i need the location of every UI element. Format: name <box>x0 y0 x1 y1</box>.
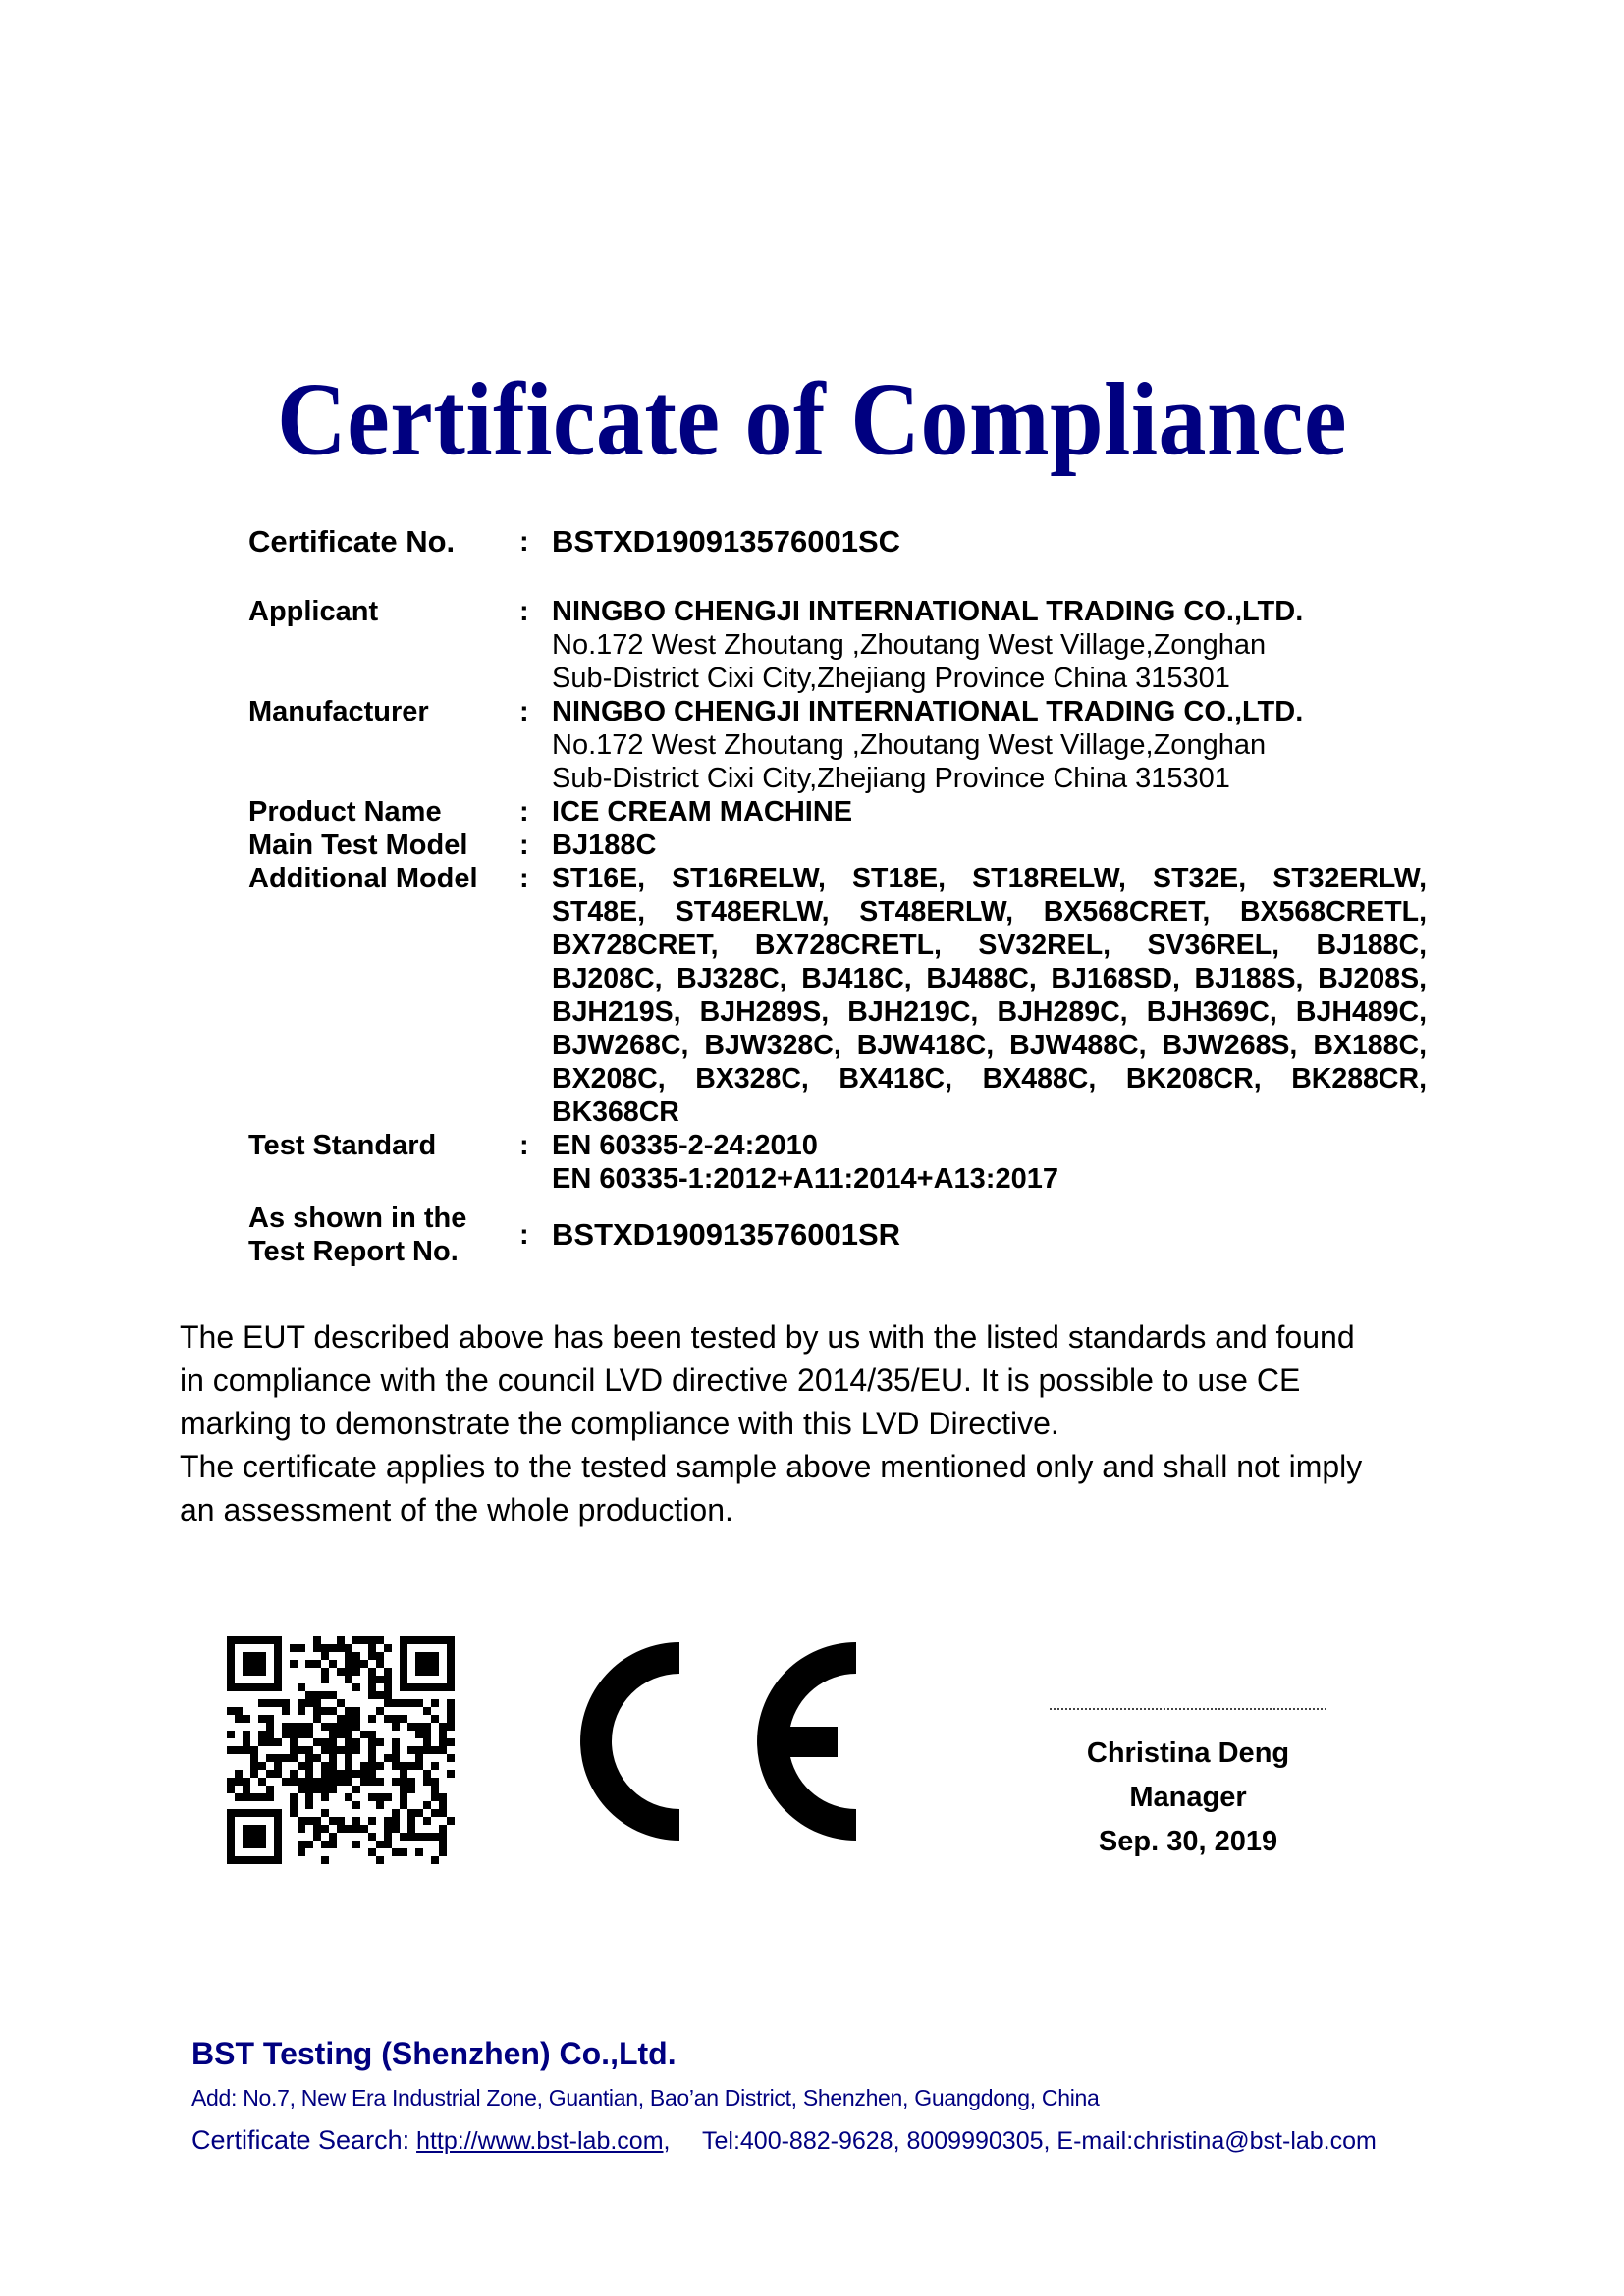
certificate-search-link[interactable]: http://www.bst-lab.com <box>416 2127 663 2155</box>
test-standard-line1: EN 60335-2-24:2010 <box>552 1129 1427 1162</box>
applicant-value: NINGBO CHENGJI INTERNATIONAL TRADING CO.… <box>552 595 1427 695</box>
issuer-address: Add: No.7, New Era Industrial Zone, Guan… <box>191 2081 1377 2114</box>
test-standard-value: EN 60335-2-24:2010 EN 60335-1:2012+A11:2… <box>552 1129 1427 1196</box>
signature-date: Sep. 30, 2019 <box>1041 1820 1335 1864</box>
manufacturer-address-line2: Sub-District Cixi City,Zhejiang Province… <box>552 762 1427 795</box>
applicant-address-line1: No.172 West Zhoutang ,Zhoutang West Vill… <box>552 628 1427 662</box>
issuer-company: BST Testing (Shenzhen) Co.,Ltd. <box>191 2034 1377 2073</box>
test-report-value: BSTXD190913576001SR <box>552 1218 1427 1252</box>
test-report-row: As shown in the Test Report No. : BSTXD1… <box>248 1201 1427 1268</box>
statement-line: The EUT described above has been tested … <box>180 1315 1456 1359</box>
signatory-title: Manager <box>1041 1776 1335 1820</box>
manufacturer-row: Manufacturer : NINGBO CHENGJI INTERNATIO… <box>248 695 1427 795</box>
colon: : <box>519 525 552 559</box>
main-test-model-label: Main Test Model <box>248 828 519 862</box>
additional-model-label: Additional Model <box>248 862 519 1129</box>
certificate-title: Certificate of Compliance <box>0 361 1624 480</box>
test-standard-row: Test Standard : EN 60335-2-24:2010 EN 60… <box>248 1129 1427 1196</box>
certificate-search-label: Certificate Search: <box>191 2125 409 2155</box>
colon: : <box>519 595 552 695</box>
manufacturer-address-line1: No.172 West Zhoutang ,Zhoutang West Vill… <box>552 728 1427 762</box>
additional-model-row: Additional Model : ST16E, ST16RELW, ST18… <box>248 862 1427 1129</box>
certificate-no-value: BSTXD190913576001SC <box>552 525 1427 559</box>
applicant-name: NINGBO CHENGJI INTERNATIONAL TRADING CO.… <box>552 595 1427 628</box>
colon: : <box>519 1218 552 1252</box>
manufacturer-label: Manufacturer <box>248 695 519 795</box>
test-report-label-line2: Test Report No. <box>248 1235 519 1268</box>
applicant-label: Applicant <box>248 595 519 695</box>
certificate-no-row: Certificate No. : BSTXD190913576001SC <box>248 525 1427 559</box>
product-name-label: Product Name <box>248 795 519 828</box>
statement-line: The certificate applies to the tested sa… <box>180 1445 1456 1488</box>
test-standard-line2: EN 60335-1:2012+A11:2014+A13:2017 <box>552 1162 1427 1196</box>
test-report-label: As shown in the Test Report No. <box>248 1201 519 1268</box>
statement-line: an assessment of the whole production. <box>180 1488 1456 1531</box>
additional-model-value: ST16E, ST16RELW, ST18E, ST18RELW, ST32E,… <box>552 862 1427 1129</box>
signature-block: Christina Deng Manager Sep. 30, 2019 <box>1041 1708 1335 1864</box>
certificate-search: Certificate Search: http://www.bst-lab.c… <box>191 2120 1377 2161</box>
certificate-no-label: Certificate No. <box>248 525 519 559</box>
product-name-value: ICE CREAM MACHINE <box>552 795 1427 828</box>
link-comma: , <box>664 2127 671 2155</box>
colon: : <box>519 1129 552 1196</box>
main-test-model-value: BJ188C <box>552 828 1427 862</box>
qr-code-icon <box>227 1636 455 1864</box>
certificate-fields: Certificate No. : BSTXD190913576001SC Ap… <box>248 525 1427 1268</box>
ce-mark-icon <box>574 1635 884 1846</box>
compliance-statement: The EUT described above has been tested … <box>180 1315 1456 1531</box>
product-name-row: Product Name : ICE CREAM MACHINE <box>248 795 1427 828</box>
applicant-address-line2: Sub-District Cixi City,Zhejiang Province… <box>552 662 1427 695</box>
colon: : <box>519 695 552 795</box>
manufacturer-value: NINGBO CHENGJI INTERNATIONAL TRADING CO.… <box>552 695 1427 795</box>
colon: : <box>519 795 552 828</box>
issuer-contact: Tel:400-882-9628, 8009990305, E-mail:chr… <box>702 2127 1377 2155</box>
colon: : <box>519 828 552 862</box>
signature-line <box>1050 1708 1326 1710</box>
test-standard-label: Test Standard <box>248 1129 519 1196</box>
colon: : <box>519 862 552 1129</box>
applicant-row: Applicant : NINGBO CHENGJI INTERNATIONAL… <box>248 595 1427 695</box>
test-report-label-line1: As shown in the <box>248 1201 519 1235</box>
signatory-name: Christina Deng <box>1041 1732 1335 1776</box>
statement-line: in compliance with the council LVD direc… <box>180 1359 1456 1402</box>
footer: BST Testing (Shenzhen) Co.,Ltd. Add: No.… <box>191 2034 1377 2161</box>
manufacturer-name: NINGBO CHENGJI INTERNATIONAL TRADING CO.… <box>552 695 1427 728</box>
statement-line: marking to demonstrate the compliance wi… <box>180 1402 1456 1445</box>
main-test-model-row: Main Test Model : BJ188C <box>248 828 1427 862</box>
